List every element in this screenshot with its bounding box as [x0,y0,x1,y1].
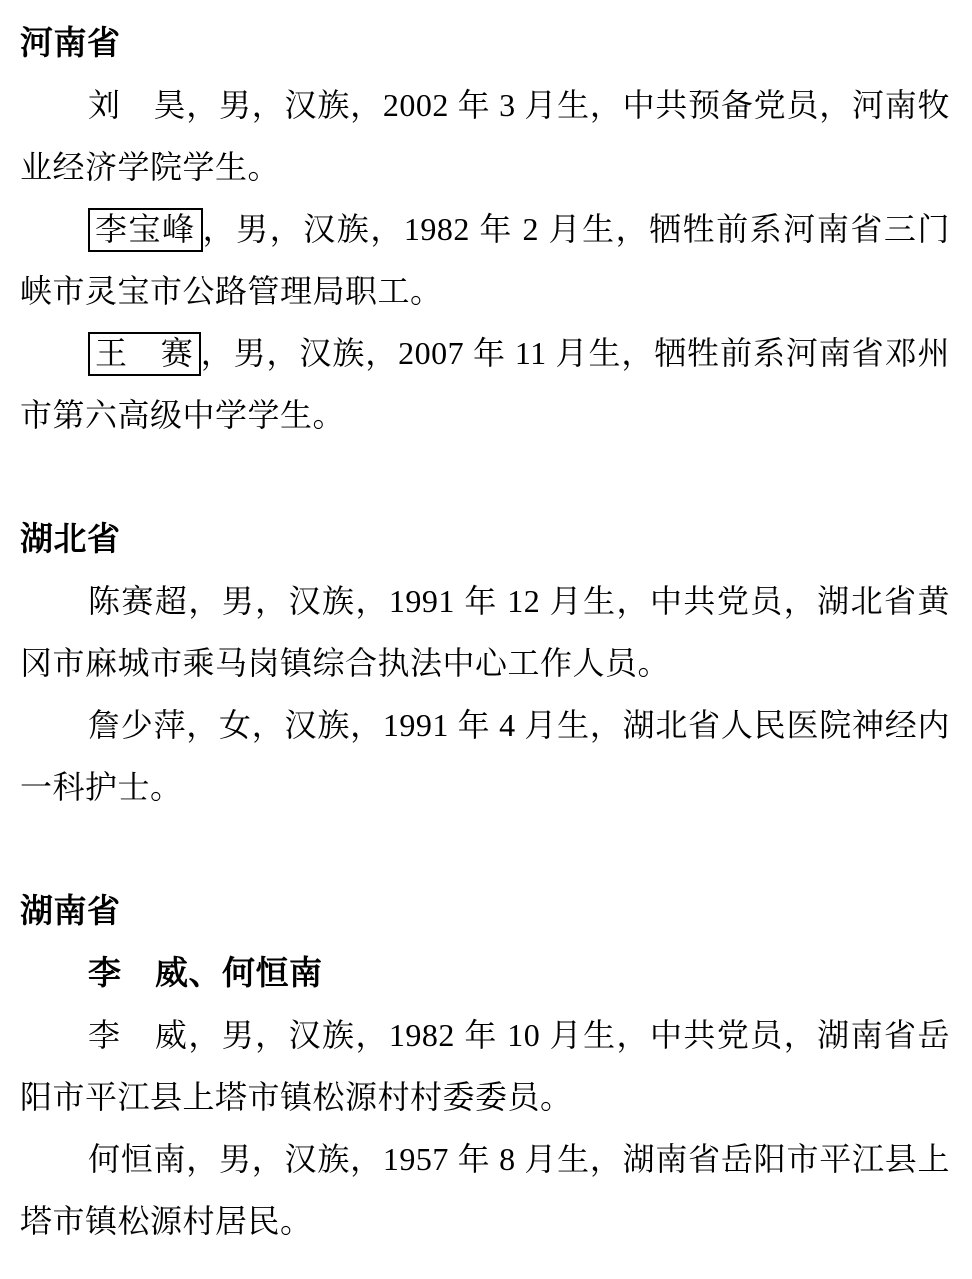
province-section-hunan: 湖南省 李 威、何恒南 李 威，男，汉族，1982 年 10 月生，中共党员，湖… [20,880,950,1252]
province-section-hubei: 湖北省 陈赛超，男，汉族，1991 年 12 月生，中共党员，湖北省黄冈市麻城市… [20,508,950,818]
person-name: 詹少萍 [88,707,186,743]
person-entry: 李宝峰，男，汉族，1982 年 2 月生，牺牲前系河南省三门峡市灵宝市公路管理局… [20,198,950,322]
person-name: 何恒南 [88,1141,186,1177]
province-heading: 湖南省 [20,880,950,942]
person-entry: 王 赛，男，汉族，2007 年 11 月生，牺牲前系河南省邓州市第六高级中学学生… [20,322,950,446]
person-name-framed: 王 赛 [88,332,201,376]
province-heading: 湖北省 [20,508,950,570]
person-name: 陈赛超 [88,583,188,619]
province-heading: 河南省 [20,12,950,74]
person-entry: 詹少萍，女，汉族，1991 年 4 月生，湖北省人民医院神经内一科护士。 [20,694,950,818]
person-entry: 李 威，男，汉族，1982 年 10 月生，中共党员，湖南省岳阳市平江县上塔市镇… [20,1004,950,1128]
person-entry: 陈赛超，男，汉族，1991 年 12 月生，中共党员，湖北省黄冈市麻城市乘马岗镇… [20,570,950,694]
person-name-framed: 李宝峰 [88,208,203,252]
person-entry: 何恒南，男，汉族，1957 年 8 月生，湖南省岳阳市平江县上塔市镇松源村居民。 [20,1128,950,1252]
person-entry: 刘 昊，男，汉族，2002 年 3 月生，中共预备党员，河南牧业经济学院学生。 [20,74,950,198]
province-section-henan: 河南省 刘 昊，男，汉族，2002 年 3 月生，中共预备党员，河南牧业经济学院… [20,12,950,446]
person-name: 李 威 [88,1017,188,1053]
document-page: 河南省 刘 昊，男，汉族，2002 年 3 月生，中共预备党员，河南牧业经济学院… [0,0,972,1279]
group-title: 李 威、何恒南 [20,942,950,1004]
person-name: 刘 昊 [88,87,186,123]
